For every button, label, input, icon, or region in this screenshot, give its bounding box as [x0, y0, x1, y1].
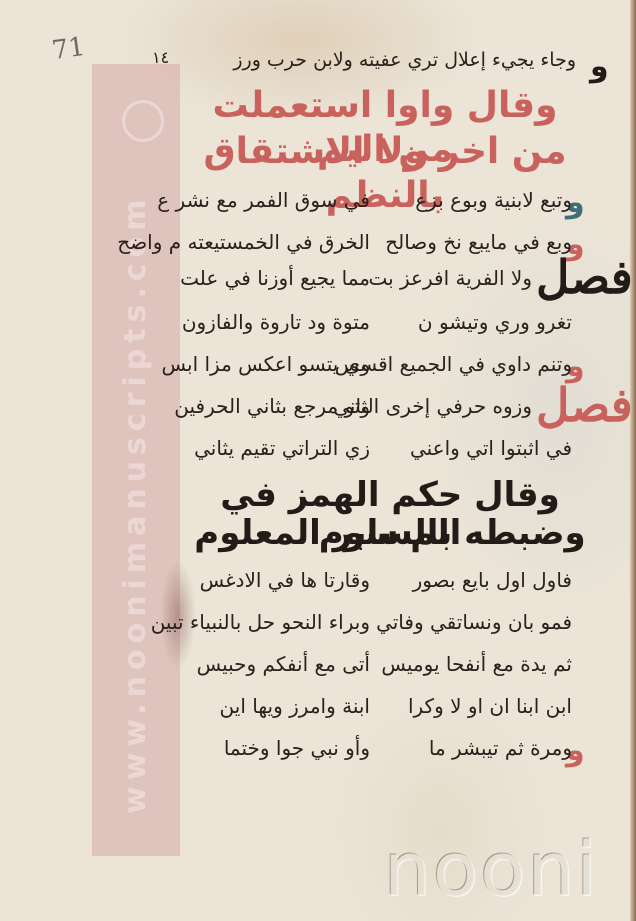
verse-right: في اثبتوا اتي واعني	[382, 434, 572, 462]
verse-left: وتو مرجع بثاني الحرفين	[150, 392, 370, 420]
folio-number: 71	[50, 32, 87, 66]
verse-right: وزوه حرفي إخرى الثاني	[342, 392, 532, 420]
verse-right: وتنم داوي في الجميع اقسس	[382, 350, 572, 378]
verse-left: وقارتا ها في الادغس	[150, 566, 370, 594]
verse-left: في سوق الفمر مع نشر ع	[150, 186, 370, 214]
manuscript-page: www.noonimanuscripts.com 71 ١٤ وجاء يجيء…	[0, 0, 636, 921]
header-line: وجاء يجيء إعلال تري عفيته ولابن حرب ورز	[146, 46, 576, 74]
waw-marker: و	[590, 52, 609, 82]
verse-right: وتبع لابنية وبوع بزع	[382, 186, 572, 214]
verse-left: وي يتسو اعكس مزا ابس	[150, 350, 370, 378]
verse-left: زي التراتي تقيم يثاني	[150, 434, 370, 462]
nooni-watermark: nooni	[384, 833, 599, 907]
verse-left: متوة ود تاروة والفازون	[150, 308, 370, 336]
stamp-icon	[122, 100, 164, 142]
verse-left: ابنة وامرز ويها اين	[150, 692, 370, 720]
paper-edge	[630, 0, 636, 921]
verse-left: وأو نبي جوا وختما	[150, 734, 370, 762]
verse-left: أتى مع أنفكم وحبيس	[150, 650, 370, 678]
fasl-heading: فصل	[536, 382, 633, 428]
verse-right: فمو بان ونساتقي وفاتي	[382, 608, 572, 636]
verse-right: ولا الفرية افرعز بت	[342, 264, 532, 292]
section-title-2-line2: وضبطه بالسابر المعلوم	[190, 514, 590, 552]
verse-left: الخرق في الخمستيعته م واضح	[150, 228, 370, 256]
fasl-heading: فصل	[536, 254, 633, 300]
verse-right: فاول اول بايع بصور	[382, 566, 572, 594]
verse-right: تغرو وري وتيشو ن	[382, 308, 572, 336]
verse-right: ابن ابنا ان او لا وكرا	[382, 692, 572, 720]
verse-left: مما يجيع أوزنا في علت	[150, 264, 370, 292]
verse-right: ومرة ثم تيبشر ما	[382, 734, 572, 762]
verse-right: ثم يدة مع أنفحا يوميس	[382, 650, 572, 678]
verse-left: وبراء النحو حل بالنبياء تبين	[150, 608, 370, 636]
